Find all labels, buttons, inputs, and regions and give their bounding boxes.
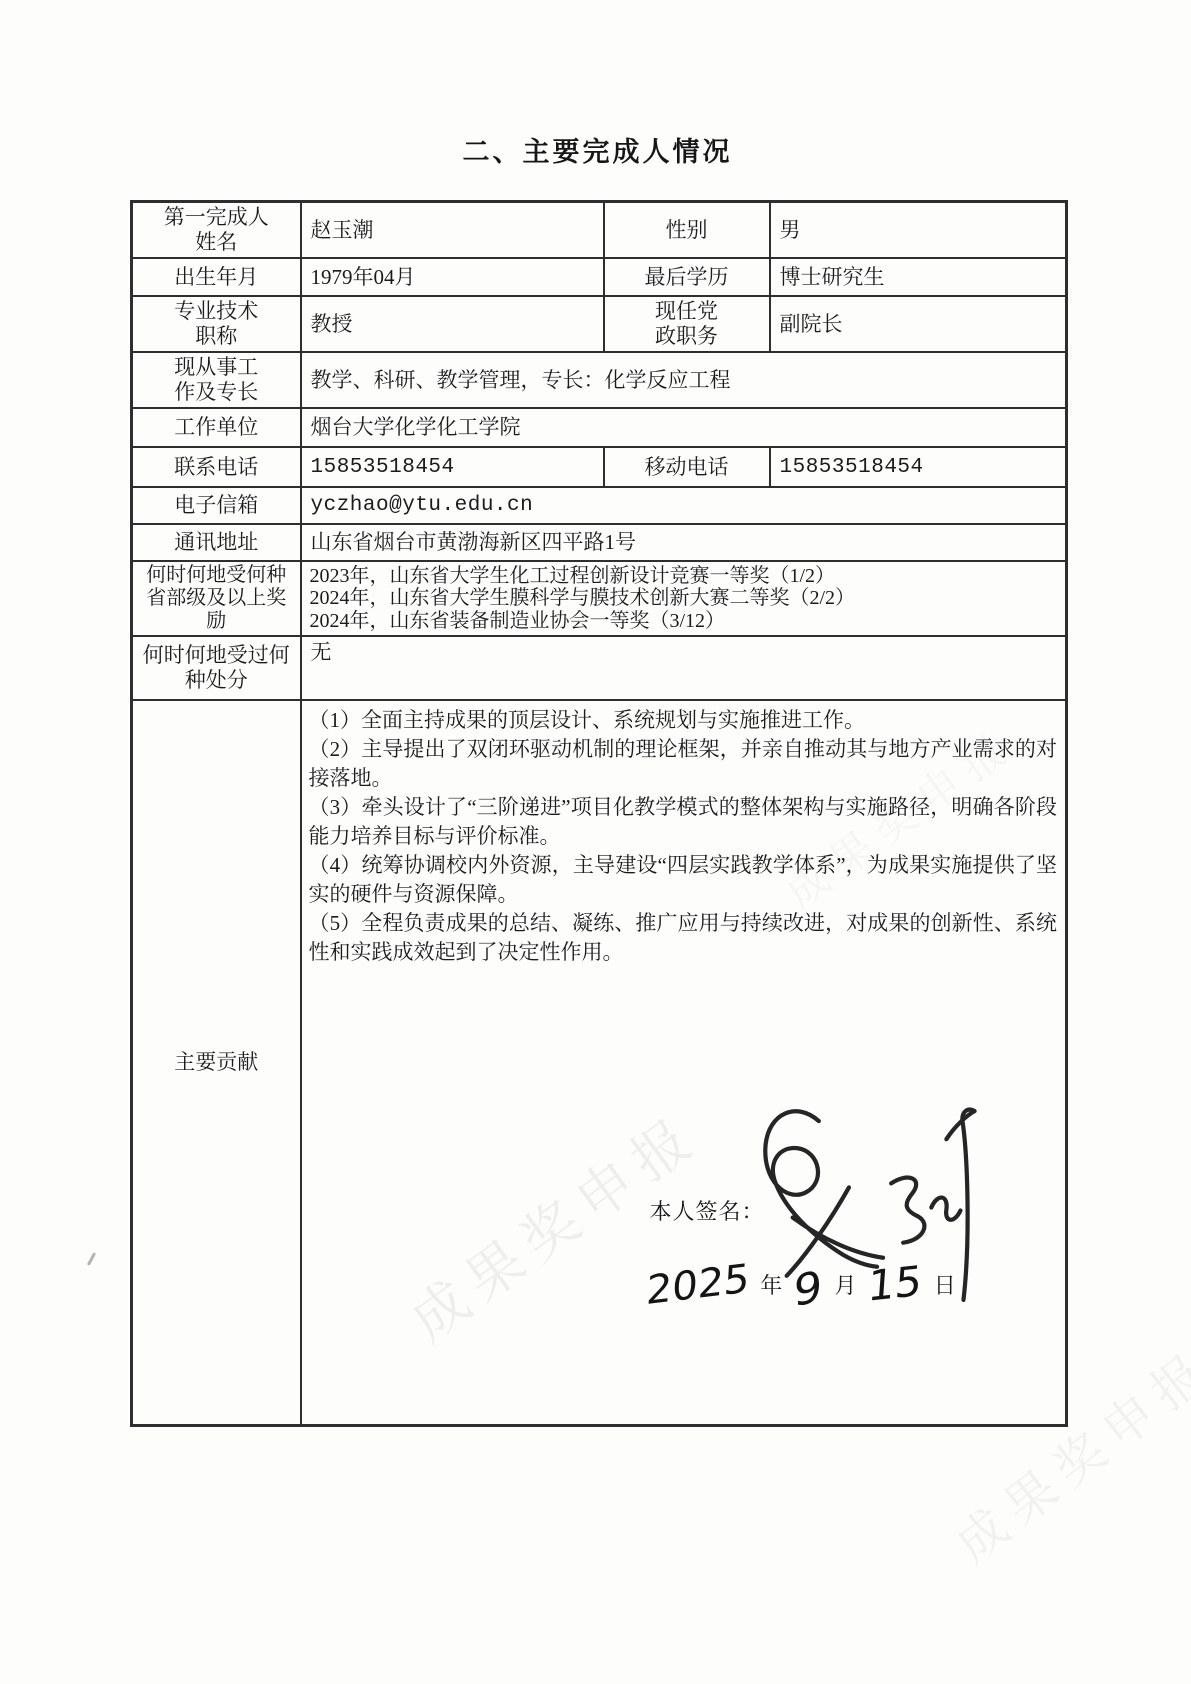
table-row: 何时何地受过何 种处分 无 xyxy=(132,636,1067,700)
value-awards: 2023年，山东省大学生化工过程创新设计竞赛一等奖（1/2） 2024年，山东省… xyxy=(301,561,1067,636)
value-work-unit: 烟台大学化学化工学院 xyxy=(301,408,1067,447)
label-final-education: 最后学历 xyxy=(604,258,770,296)
contribution-list: （1）全面主持成果的顶层设计、系统规划与实施推进工作。 （2）主导提出了双闭环驱… xyxy=(302,701,1066,967)
label-awards: 何时何地受何种 省部级及以上奖 励 xyxy=(132,561,301,636)
label-professional-title: 专业技术 职称 xyxy=(132,296,301,352)
table-row: 通讯地址 山东省烟台市黄渤海新区四平路1号 xyxy=(132,524,1067,561)
label-mailing-address: 通讯地址 xyxy=(132,524,301,561)
value-mobile-phone: 15853518454 xyxy=(770,447,1067,487)
value-birth-date: 1979年04月 xyxy=(301,258,604,296)
award-line: 2024年，山东省大学生膜科学与膜技术创新大赛二等奖（2/2） xyxy=(310,587,1062,610)
value-main-contributions: （1）全面主持成果的顶层设计、系统规划与实施推进工作。 （2）主导提出了双闭环驱… xyxy=(301,700,1067,1425)
value-gender: 男 xyxy=(770,202,1067,259)
contribution-item: （4）统筹协调校内外资源，主导建设“四层实践教学体系”，为成果实施提供了坚实的硬… xyxy=(309,851,1058,909)
label-main-contributions: 主要贡献 xyxy=(132,700,301,1425)
handwritten-date-year: 2025 xyxy=(645,1267,750,1304)
label-gender: 性别 xyxy=(604,202,770,259)
page-title: 二、主要完成人情况 xyxy=(130,130,1065,169)
table-row: 联系电话 15853518454 移动电话 15853518454 xyxy=(132,447,1067,487)
date-year-unit: 年 xyxy=(760,1273,782,1298)
completer-info-table: 第一完成人 姓名 赵玉潮 性别 男 出生年月 1979年04月 最后学历 博士研… xyxy=(130,200,1068,1427)
handwritten-date-day: 15 xyxy=(867,1268,923,1298)
value-final-education: 博士研究生 xyxy=(770,258,1067,296)
handwritten-date: 2025 年 9 月 15 日 xyxy=(647,1273,968,1298)
award-line: 2024年，山东省装备制造业协会一等奖（3/12） xyxy=(310,610,1062,633)
handwritten-date-month: 9 xyxy=(793,1275,823,1304)
contribution-item: （2）主导提出了双闭环驱动机制的理论框架，并亲自推动其与地方产业需求的对接落地。 xyxy=(309,735,1058,793)
date-month-unit: 月 xyxy=(834,1273,856,1298)
label-first-completer-name: 第一完成人 姓名 xyxy=(132,202,301,259)
label-current-work: 现从事工 作及专长 xyxy=(132,352,301,408)
table-row: 专业技术 职称 教授 现任党 政职务 副院长 xyxy=(132,296,1067,352)
table-row: 电子信箱 yczhao@ytu.edu.cn xyxy=(132,487,1067,524)
value-contact-phone: 15853518454 xyxy=(301,447,604,487)
award-line: 2023年，山东省大学生化工过程创新设计竞赛一等奖（1/2） xyxy=(310,565,1062,588)
table-row: 第一完成人 姓名 赵玉潮 性别 男 xyxy=(132,202,1067,259)
label-birth-date: 出生年月 xyxy=(132,258,301,296)
value-first-completer-name: 赵玉潮 xyxy=(301,202,604,259)
label-punishments: 何时何地受过何 种处分 xyxy=(132,636,301,700)
contribution-item: （3）牵头设计了“三阶递进”项目化教学模式的整体架构与实施路径，明确各阶段能力培… xyxy=(309,793,1058,851)
value-punishments: 无 xyxy=(301,636,1067,700)
value-mailing-address: 山东省烟台市黄渤海新区四平路1号 xyxy=(301,524,1067,561)
stray-pen-mark xyxy=(87,1252,96,1266)
contribution-item: （1）全面主持成果的顶层设计、系统规划与实施推进工作。 xyxy=(309,706,1058,735)
table-row: 出生年月 1979年04月 最后学历 博士研究生 xyxy=(132,258,1067,296)
label-work-unit: 工作单位 xyxy=(132,408,301,447)
label-contact-phone: 联系电话 xyxy=(132,447,301,487)
table-row: 工作单位 烟台大学化学化工学院 xyxy=(132,408,1067,447)
date-day-unit: 日 xyxy=(934,1273,956,1298)
value-email: yczhao@ytu.edu.cn xyxy=(301,487,1067,524)
table-row: 主要贡献 （1）全面主持成果的顶层设计、系统规划与实施推进工作。 （2）主导提出… xyxy=(132,700,1067,1425)
table-row: 现从事工 作及专长 教学、科研、教学管理，专长：化学反应工程 xyxy=(132,352,1067,408)
contribution-item: （5）全程负责成果的总结、凝练、推广应用与持续改进，对成果的创新性、系统性和实践… xyxy=(309,909,1058,967)
label-email: 电子信箱 xyxy=(132,487,301,524)
value-party-position: 副院长 xyxy=(770,296,1067,352)
value-professional-title: 教授 xyxy=(301,296,604,352)
value-current-work: 教学、科研、教学管理，专长：化学反应工程 xyxy=(301,352,1067,408)
table-row: 何时何地受何种 省部级及以上奖 励 2023年，山东省大学生化工过程创新设计竞赛… xyxy=(132,561,1067,636)
label-mobile-phone: 移动电话 xyxy=(604,447,770,487)
label-party-position: 现任党 政职务 xyxy=(604,296,770,352)
